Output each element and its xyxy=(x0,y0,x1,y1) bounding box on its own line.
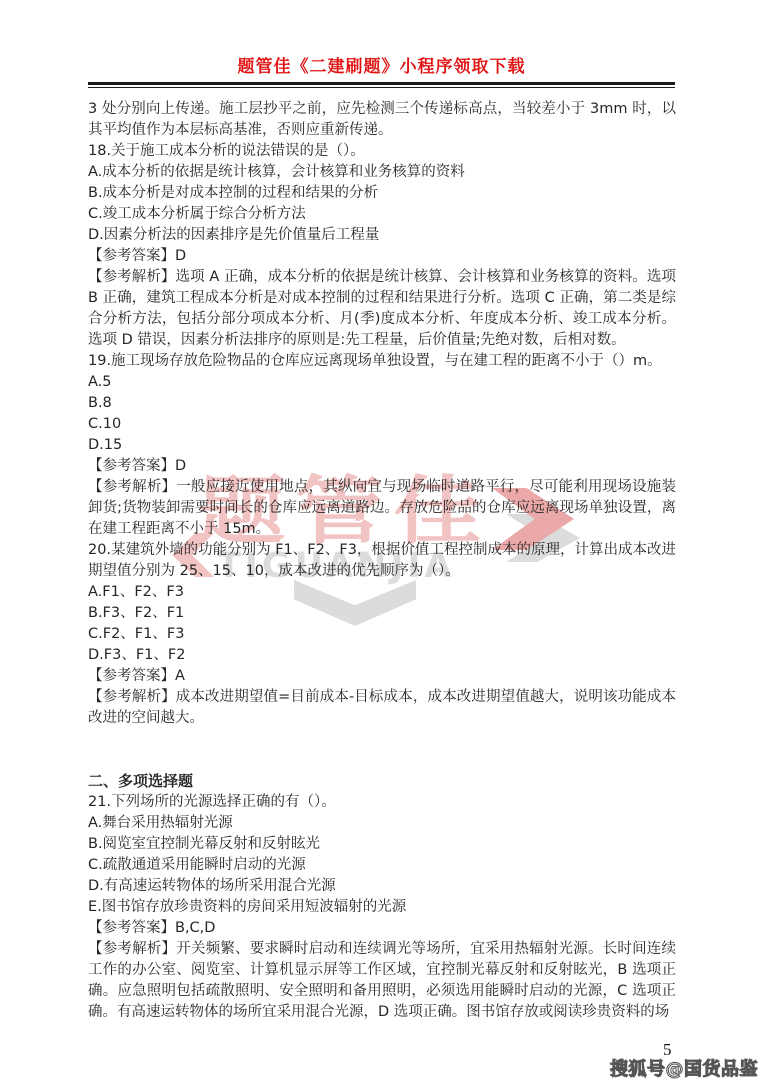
q21-option-d: D.有高速运转物体的场所采用混合光源 xyxy=(88,876,676,897)
q18-stem: 18.关于施工成本分析的说法错误的是（）。 xyxy=(88,141,676,162)
q18-option-a: A.成本分析的依据是统计核算，会计核算和业务核算的资料 xyxy=(88,162,676,183)
q18-analysis: 【参考解析】选项 A 正确，成本分析的依据是统计核算、会计核算和业务核算的资料。… xyxy=(88,267,676,351)
page-header-title: 题管佳《二建刷题》小程序领取下载 xyxy=(88,52,675,77)
q21-answer: 【参考答案】B,C,D xyxy=(88,918,676,939)
divider-thick-line xyxy=(88,82,675,85)
q19-answer: 【参考答案】D xyxy=(88,456,676,477)
q19-analysis: 【参考解析】一般应接近使用地点，其纵向宜与现场临时道路平行，尽可能利用现场设施装… xyxy=(88,477,676,540)
para-carryover: 3 处分别向上传递。施工层抄平之前，应先检测三个传递标高点，当较差小于 3mm … xyxy=(88,99,676,141)
q18-answer: 【参考答案】D xyxy=(88,246,676,267)
q21-option-b: B.阅览室宜控制光幕反射和反射眩光 xyxy=(88,834,676,855)
q18-option-d: D.因素分析法的因素排序是先价值量后工程量 xyxy=(88,225,676,246)
q20-analysis: 【参考解析】成本改进期望值=目前成本-目标成本，成本改进期望值越大，说明该功能成… xyxy=(88,687,676,729)
q21-option-a: A.舞台采用热辐射光源 xyxy=(88,813,676,834)
q19-option-c: C.10 xyxy=(88,414,676,435)
q20-option-c: C.F2、F1、F3 xyxy=(88,624,676,645)
q18-option-b: B.成本分析是对成本控制的过程和结果的分析 xyxy=(88,183,676,204)
q18-option-c: C.竣工成本分析属于综合分析方法 xyxy=(88,204,676,225)
q20-answer: 【参考答案】A xyxy=(88,666,676,687)
section-2-heading: 二、多项选择题 xyxy=(88,771,676,792)
q21-option-e: E.图书馆存放珍贵资料的房间采用短波辐射的光源 xyxy=(88,897,676,918)
document-body: 3 处分别向上传递。施工层抄平之前，应先检测三个传递标高点，当较差小于 3mm … xyxy=(88,99,676,1023)
q21-option-c: C.疏散通道采用能瞬时启动的光源 xyxy=(88,855,676,876)
divider-thin-line xyxy=(88,87,675,89)
q19-option-d: D.15 xyxy=(88,435,676,456)
q20-option-d: D.F3、F1、F2 xyxy=(88,645,676,666)
q19-option-a: A.5 xyxy=(88,372,676,393)
q21-stem: 21.下列场所的光源选择正确的有（）。 xyxy=(88,792,676,813)
document-page: 题管佳《二建刷题》小程序领取下载 题管佳 TIGUANJIA 3 处分别向上传递… xyxy=(0,0,763,1080)
sohu-watermark-badge: 搜狐号@国货品鉴 xyxy=(610,1055,758,1080)
q20-option-a: A.F1、F2、F3 xyxy=(88,582,676,603)
q20-stem: 20.某建筑外墙的功能分别为 F1、F2、F3，根据价值工程控制成本的原理，计算… xyxy=(88,540,676,582)
q20-option-b: B.F3、F2、F1 xyxy=(88,603,676,624)
header-divider xyxy=(88,82,675,88)
q19-stem: 19.施工现场存放危险物品的仓库应远离现场单独设置，与在建工程的距离不小于（）m… xyxy=(88,351,676,372)
q19-option-b: B.8 xyxy=(88,393,676,414)
q21-analysis: 【参考解析】开关频繁、要求瞬时启动和连续调光等场所，宜采用热辐射光源。长时间连续… xyxy=(88,939,676,1023)
